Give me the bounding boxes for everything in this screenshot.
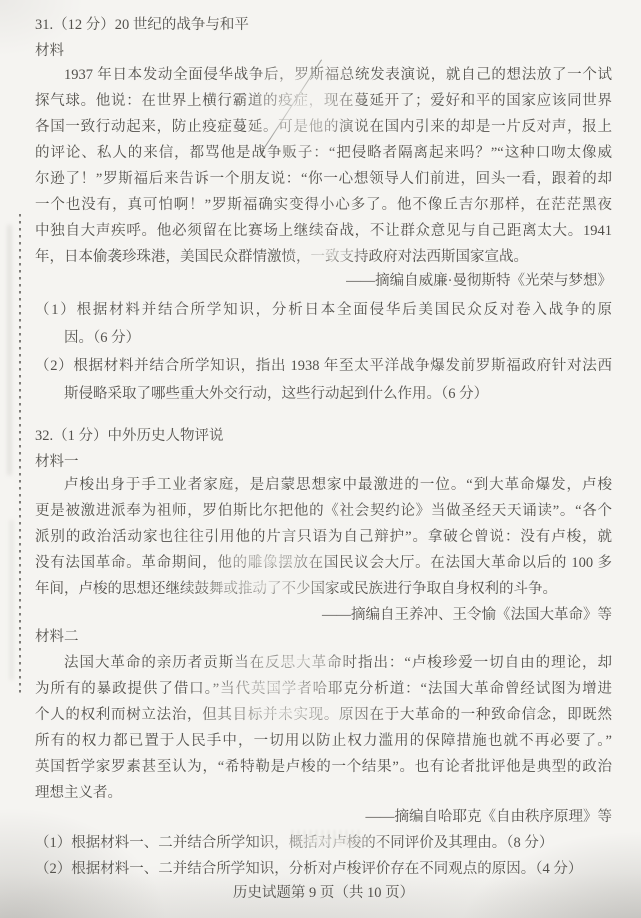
question-31-material-label: 材料 <box>35 38 612 64</box>
paragraph-line: 中独自大声疾呼。他必须留在比赛场上继续奋战，不让群众意见与自己距离太大。1941 <box>35 218 612 244</box>
question-32-sub-1: （1）根据材料一、二并结合所学知识，概括对卢梭的不同评价及其理由。（8 分） <box>35 830 612 856</box>
paragraph-line: 所有的权力都已置于人民手中，一切用以防止权力滥用的保障措施也就不再必要了。” <box>35 728 612 754</box>
paragraph-line: 法国大革命的亲历者贡斯当在反思大革命时指出：“卢梭珍爱一切自由的理论，却 <box>35 650 612 676</box>
question-31-sub-1: （1）根据材料并结合所学知识，分析日本全面侵华后美国民众反对卷入战争的原 因。（… <box>35 296 612 352</box>
sub-question-line: （1）根据材料并结合所学知识，分析日本全面侵华后美国民众反对卷入战争的原 <box>35 296 612 324</box>
paragraph-line: 英国哲学家罗素甚至认为，“希特勒是卢梭的一个结果”。也有论者批评他是典型的政治 <box>35 754 612 780</box>
sub-question-line: （2）根据材料并结合所学知识，指出 1938 年至太平洋战争爆发前罗斯福政府针对… <box>35 352 612 380</box>
paragraph-line: 尔逊了！”罗斯福后来告诉一个朋友说：“你一心想领导人们前进，回头一看，跟着的却 <box>35 166 612 192</box>
scan-streak-artifact <box>8 225 11 475</box>
paragraph-line: 1937 年日本发动全面侵华战争后，罗斯福总统发表演说，就自己的想法放了一个试 <box>35 62 612 88</box>
question-31-title: 31.（12 分）20 世纪的战争与和平 <box>35 12 612 38</box>
sub-question-line: 斯侵略采取了哪些重大外交行动，这些行动起到什么作用。（6 分） <box>35 380 612 408</box>
sub-question-line: （2）根据材料一、二并结合所学知识，分析对卢梭评价存在不同观点的原因。（4 分） <box>35 856 612 882</box>
exam-page: 31.（12 分）20 世纪的战争与和平 材料 1937 年日本发动全面侵华战争… <box>0 0 641 918</box>
paragraph-line: 为所有的暴政提供了借口。”当代英国学者哈耶克分析道：“法国大革命曾经试图为增进 <box>35 676 612 702</box>
binding-dots-artifact <box>19 214 21 694</box>
question-31-sub-2: （2）根据材料并结合所学知识，指出 1938 年至太平洋战争爆发前罗斯福政府针对… <box>35 352 612 408</box>
question-31-source-attribution: ——摘编自威廉·曼彻斯特《光荣与梦想》 <box>35 268 612 294</box>
paragraph-line: 个人的权利而树立法治，但其目标并未实现。原因在于大革命的一种致命信念，即既然 <box>35 702 612 728</box>
question-32-material-2-source: ——摘编自哈耶克《自由秩序原理》等 <box>35 804 612 830</box>
question-32-sub-2: （2）根据材料一、二并结合所学知识，分析对卢梭评价存在不同观点的原因。（4 分） <box>35 856 612 882</box>
paragraph-line: 年，日本偷袭珍珠港，美国民众群情激愤，一致支持政府对法西斯国家宣战。 <box>35 244 612 270</box>
paragraph-line: 一个也没有，真可怕啊！”罗斯福确实变得小心多了。他不像丘吉尔那样，在茫茫黑夜 <box>35 192 612 218</box>
paragraph-line: 探气球。他说：在世界上横行霸道的疫症，现在蔓延开了；爱好和平的国家应该同世界 <box>35 88 612 114</box>
question-32-material-2-paragraph: 法国大革命的亲历者贡斯当在反思大革命时指出：“卢梭珍爱一切自由的理论，却 为所有… <box>35 650 612 806</box>
question-31-material-paragraph: 1937 年日本发动全面侵华战争后，罗斯福总统发表演说，就自己的想法放了一个试 … <box>35 62 612 270</box>
question-32-material-1-paragraph: 卢梭出身于手工业者家庭，是启蒙思想家中最激进的一位。“到大革命爆发，卢梭 更是被… <box>35 472 612 602</box>
sub-question-line: （1）根据材料一、二并结合所学知识，概括对卢梭的不同评价及其理由。（8 分） <box>35 830 612 856</box>
paragraph-line: 没有法国革命。革命期间，他的雕像摆放在国民议会大厅。在法国大革命以后的 100 … <box>35 550 612 576</box>
paragraph-line: 理想主义者。 <box>35 780 612 806</box>
paragraph-line: 年间，卢梭的思想还继续鼓舞或推动了不少国家或民族进行争取自身权利的斗争。 <box>35 576 612 602</box>
question-32-title: 32.（1 分）中外历史人物评说 <box>35 423 612 449</box>
sub-question-line: 因。（6 分） <box>35 324 612 352</box>
paragraph-line: 各国一致行动起来，防止疫症蔓延。可是他的演说在国内引来的却是一片反对声，报上 <box>35 114 612 140</box>
question-32-material-2-label: 材料二 <box>35 624 612 650</box>
paragraph-line: 更是被激进派奉为祖师，罗伯斯比尔把他的《社会契约论》当做圣经天天诵读”。“各个 <box>35 498 612 524</box>
paragraph-line: 派别的政治活动家也往往引用他的片言只语为自己辩护”。拿破仑曾说：没有卢梭，就 <box>35 524 612 550</box>
page-footer: 历史试题第 9 页（共 10 页） <box>35 880 612 906</box>
paragraph-line: 卢梭出身于手工业者家庭，是启蒙思想家中最激进的一位。“到大革命爆发，卢梭 <box>35 472 612 498</box>
scan-streak-artifact <box>10 520 13 680</box>
paragraph-line: 的评论、私人的来信，都骂他是战争贩子：“把侵略者隔离起来吗？”“这种口吻太像威 <box>35 140 612 166</box>
